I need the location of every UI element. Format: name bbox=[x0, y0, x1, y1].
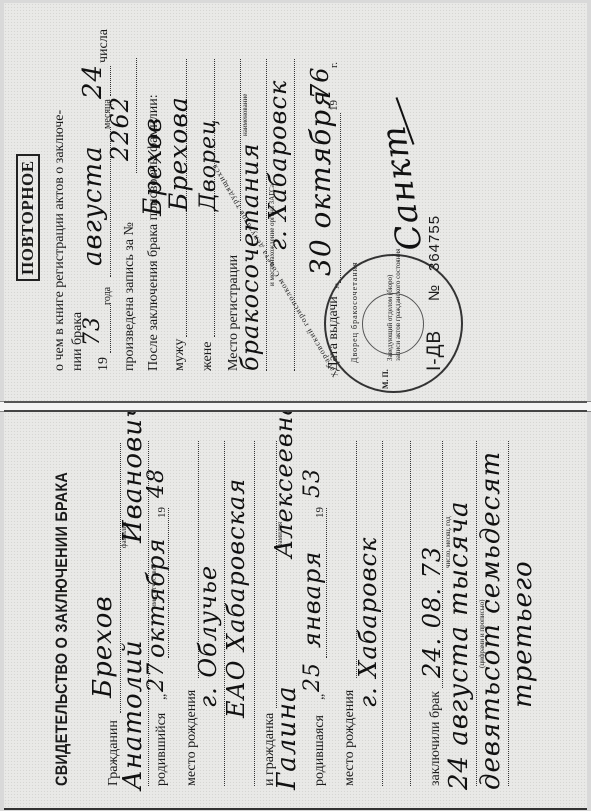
head-label-1: Заведующий отделом (бюро) bbox=[386, 275, 394, 361]
certificate-front-page: СВИДЕТЕЛЬСТВО О ЗАКЛЮЧЕНИИ БРАКА Граждан… bbox=[4, 410, 587, 810]
husband-surname: Брехов bbox=[138, 117, 167, 216]
certificate-back-page: ПОВТОРНОЕ о чем в книге регистрации акто… bbox=[4, 3, 587, 403]
born-f-day: 25 bbox=[300, 662, 325, 692]
location-value: г. Хабаровск bbox=[264, 80, 292, 251]
year-value: 73 bbox=[80, 316, 105, 346]
duplicate-stamp: ПОВТОРНОЕ bbox=[16, 154, 40, 281]
married-date-digits: 24. 08. 73 bbox=[418, 546, 446, 678]
signature: Санкт bbox=[373, 123, 430, 254]
born-m-day: 27 bbox=[144, 662, 169, 692]
number-sign: № bbox=[426, 284, 443, 301]
citizen-f-birthplace: г. Хабаровск bbox=[354, 537, 382, 708]
citizen-f-name: Галина bbox=[272, 685, 302, 790]
citizen-f-patronymic: Алексеевна bbox=[270, 410, 298, 558]
issue-date: 30 октября bbox=[304, 89, 337, 276]
record-number: 2262 bbox=[106, 96, 134, 161]
head-label-2: записи актов гражданского состояния bbox=[394, 249, 402, 361]
married-date-words-3: третьего bbox=[508, 560, 538, 708]
year-prefix: 19 bbox=[96, 357, 112, 371]
born-f-month: января bbox=[298, 551, 326, 648]
serial-number: 364755 bbox=[426, 215, 443, 271]
certificate-title: СВИДЕТЕЛЬСТВО О ЗАКЛЮЧЕНИИ БРАКА bbox=[52, 472, 72, 786]
born-m-month: октября bbox=[142, 538, 170, 658]
born-m-label: родившийся bbox=[154, 713, 170, 786]
married-date-words-2: девятьсот семьдесят bbox=[476, 451, 506, 790]
wife-label: жене bbox=[200, 342, 216, 371]
month-value: августа bbox=[78, 145, 108, 266]
citizen-surname: Брехов bbox=[88, 595, 118, 698]
day-suffix: числа bbox=[96, 29, 112, 63]
citizen-birthplace-2: ЕАО Хабаровская bbox=[222, 478, 250, 718]
series: I-ДВ bbox=[424, 330, 446, 371]
born-f-year: 53 bbox=[300, 468, 325, 498]
wife-surname: Брехова bbox=[164, 96, 193, 211]
registration-caption: наименование bbox=[241, 94, 249, 136]
married-label: заключили брак bbox=[428, 691, 444, 786]
born-m-year: 48 bbox=[144, 468, 169, 498]
day-value: 24 bbox=[78, 64, 108, 99]
intro-line-1: о чем в книге регистрации актов о заключ… bbox=[52, 110, 68, 371]
registration-value-2: бракосочетания bbox=[236, 143, 264, 371]
married-date-words-1: 24 августа тысяча bbox=[444, 501, 474, 790]
born-f-label: родившаяся bbox=[312, 715, 328, 786]
record-label: произведена запись за № bbox=[122, 222, 138, 371]
mp-label: М. П. bbox=[382, 369, 390, 389]
year-suffix: года bbox=[104, 287, 112, 305]
issue-year: 76 bbox=[306, 66, 334, 99]
citizen-birthplace-1: г. Облучье bbox=[194, 565, 222, 708]
husband-label: мужу bbox=[172, 339, 188, 371]
